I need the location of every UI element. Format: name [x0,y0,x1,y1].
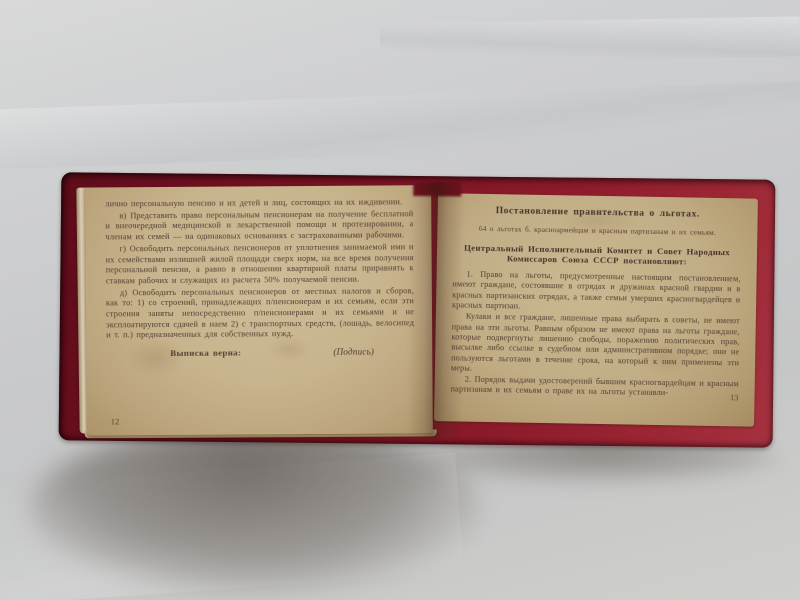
paragraph: в) Представить право персональным пенсио… [105,209,413,243]
cover-fold-gap [413,182,461,197]
decree-heading: Центральный Исполнительный Комитет и Сов… [459,242,735,267]
paragraph: г) Освободить персональных пенсионеров о… [106,242,414,287]
left-page: лично персональную пенсию и их детей и л… [85,185,433,435]
decree-subtitle: 64 о льготах б. красноармейцам и красным… [453,224,741,239]
right-page-text: Постановление правительства о льготах. 6… [450,203,741,401]
surface-crease [380,16,800,63]
red-booklet-cover: лично персональную пенсию и их детей и л… [59,172,776,447]
book-cast-shadow [30,425,480,590]
page-number-12: 12 [111,416,120,426]
left-page-text: лично персональную пенсию и их детей и л… [105,197,414,359]
photo-of-open-booklet: лично персональную пенсию и их детей и л… [0,0,800,600]
page-number-13: 13 [730,392,739,402]
signature-placeholder: (Подпись) [333,347,374,358]
paragraph: Кулаки и все граждане, лишенные права вы… [451,312,740,379]
paragraph: д) Освободить персональных пенсионеров о… [106,286,414,342]
paragraph: 1. Право на льготы, предусмотренные наст… [452,270,741,316]
surface-crease [0,80,800,170]
decree-title: Постановление правительства о льготах. [454,205,742,220]
attestation-label: Выписка верна: [170,348,241,359]
attestation-row: Выписка верна: (Подпись) [106,346,414,359]
right-page: Постановление правительства о льготах. 6… [434,193,758,427]
paragraph: 2. Порядок выдачи удостоверений бывшим к… [451,375,739,401]
paragraph: лично персональную пенсию и их детей и л… [105,197,413,210]
